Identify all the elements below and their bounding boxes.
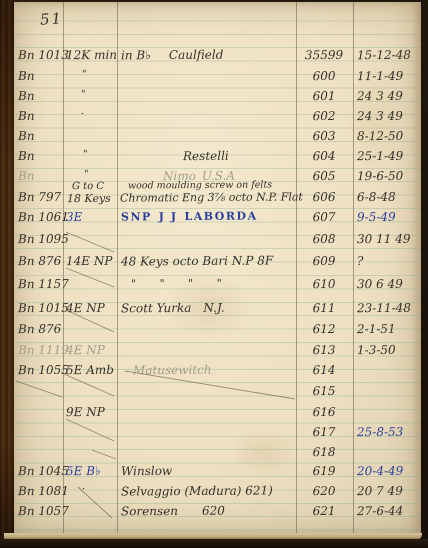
serial-number: 613 [298, 344, 350, 357]
entry-date: 20-4-49 [357, 465, 403, 478]
description: Sorensen 620 [121, 505, 225, 518]
serial-number: 612 [298, 323, 350, 336]
serial-number: 602 [298, 110, 350, 123]
key-spec: 5E B♭ [66, 465, 101, 478]
catalog-number: Bn 1119 [18, 344, 69, 357]
entry-date: 9-5-49 [357, 211, 396, 224]
entry-date: 6-8-48 [357, 191, 396, 204]
entry-date: 27-6-44 [357, 505, 403, 518]
book-spine-edge [0, 0, 15, 548]
description: Scott Yurka N.J. [121, 302, 225, 315]
description: Winslow [121, 465, 172, 478]
catalog-number: Bn 1013 [18, 49, 69, 62]
catalog-number: Bn 797 [18, 191, 61, 204]
serial-number: 619 [298, 465, 350, 478]
description: in B♭ Caulfield [121, 49, 223, 62]
entry-date: 30 6 49 [357, 278, 403, 291]
key-spec: · [82, 485, 86, 496]
serial-number: 620 [298, 485, 350, 498]
description: " " " " [131, 278, 222, 290]
key-spec: " [84, 170, 90, 181]
description: Matusewitch [133, 364, 212, 377]
entry-date: 1-3-50 [357, 344, 396, 357]
serial-number: 611 [298, 302, 350, 315]
catalog-number: Bn 1057 [18, 505, 69, 518]
catalog-number: Bn 1081 [18, 485, 69, 498]
entry-date: ? [357, 255, 364, 268]
entry-date: 11-1-49 [357, 70, 403, 83]
page-number: 51 [39, 9, 63, 29]
column-rule-3 [296, 2, 297, 535]
serial-number: 610 [298, 278, 350, 291]
key-spec: 9E NP [66, 406, 105, 419]
entry-date: 30 11 49 [357, 233, 411, 246]
key-spec: 12K min [66, 49, 117, 62]
serial-number: 617 [298, 426, 350, 439]
entry-date: 20 7 49 [357, 485, 403, 498]
key-spec: " [81, 90, 87, 101]
serial-number: 604 [298, 150, 350, 163]
entry-date: 24 3 49 [357, 90, 403, 103]
catalog-number: Bn [18, 150, 35, 163]
description: 48 Keys octo Bari N.P 8F [121, 254, 273, 268]
entry-date: 15-12-48 [357, 49, 411, 62]
catalog-number: Bn 1055 [18, 364, 69, 377]
catalog-number: Bn 1061 [18, 211, 69, 224]
catalog-number: Bn 876 [18, 323, 61, 336]
serial-number: 618 [298, 446, 350, 459]
column-rule-1 [63, 2, 64, 535]
serial-number: 35599 [298, 49, 350, 62]
ledger-scan: 51 Bn 101312K minin B♭ Caulfield3559915-… [0, 0, 428, 548]
entry-date: 25-8-53 [357, 426, 403, 439]
catalog-number: Bn 876 [18, 255, 61, 268]
catalog-number: Bn [18, 130, 35, 143]
catalog-number: Bn [18, 90, 35, 103]
key-spec: " [83, 150, 89, 161]
entry-date: 19-6-50 [357, 170, 403, 183]
serial-number: 607 [298, 211, 350, 224]
bottom-shadow [0, 539, 428, 548]
description: Selvaggio (Madura) 621) [121, 484, 273, 498]
serial-number: 605 [298, 170, 350, 183]
serial-number: 606 [298, 191, 350, 204]
entry-date: 23-11-48 [357, 302, 411, 315]
entry-date: 8-12-50 [357, 130, 403, 143]
catalog-number: Bn [18, 170, 35, 183]
serial-number: 616 [298, 406, 350, 419]
column-rule-4 [353, 2, 354, 535]
serial-number: 600 [298, 70, 350, 83]
catalog-number: Bn 1095 [18, 233, 69, 246]
key-spec: 4E NP [66, 302, 105, 315]
entry-date: 24 3 49 [357, 110, 403, 123]
serial-number: 601 [298, 90, 350, 103]
description: Restelli [183, 150, 229, 163]
serial-number: 615 [298, 385, 350, 398]
serial-number: 621 [298, 505, 350, 518]
key-spec: 4E NP [66, 344, 105, 357]
catalog-number: Bn [18, 110, 35, 123]
serial-number: 614 [298, 364, 350, 377]
key-spec: · [81, 110, 85, 121]
serial-number: 609 [298, 255, 350, 268]
annotation: Chromatic Eng 3⅞ octo N.P. Flat [120, 191, 303, 204]
column-rule-2 [117, 2, 118, 535]
catalog-number: Bn 1045 [18, 465, 69, 478]
catalog-number: Bn 1157 [18, 278, 69, 291]
annotation: 18 Keys [67, 193, 111, 205]
serial-number: 603 [298, 130, 350, 143]
catalog-number: Bn [18, 70, 35, 83]
ledger-page: 51 Bn 101312K minin B♭ Caulfield3559915-… [14, 2, 421, 535]
description: SNP J J LABORDA [121, 211, 258, 224]
key-spec: 14E NP [66, 255, 113, 268]
entry-date: 2-1-51 [357, 323, 396, 336]
catalog-number: Bn 1015 [18, 302, 69, 315]
key-spec: " [82, 70, 88, 81]
key-spec: 5E Amb [66, 364, 114, 377]
key-spec: 3E [66, 211, 82, 224]
entry-date: 25-1-49 [357, 150, 403, 163]
serial-number: 608 [298, 233, 350, 246]
